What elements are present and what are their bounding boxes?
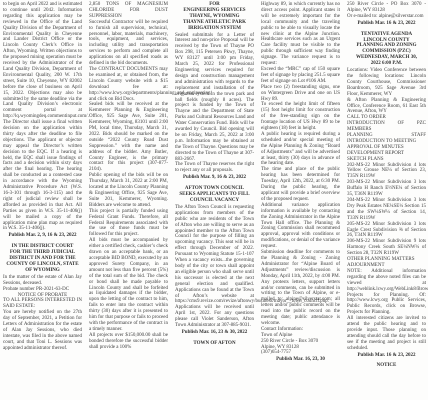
- notice-paragraph: In the matter of the estate of Alan Jay …: [3, 275, 82, 287]
- notice-paragraph: INTRODUCTION OF PZC MEMBERS: [347, 121, 426, 133]
- notice-paragraph: TO ALL PERSONS INTERESTED IN SAID ESTATE…: [3, 298, 82, 310]
- notice-paragraph: You are hereby notified on the 27th day …: [3, 310, 82, 351]
- notice-paragraph: to begin on April 2022 and is estimated …: [3, 2, 82, 232]
- publish-line: Publish Mar. 16 & 23, 2022: [347, 353, 426, 359]
- notice-paragraph: Exceed the “MRC” cap of 150 square feet …: [261, 67, 340, 85]
- newspaper-page: to begin on April 2022 and is estimated …: [0, 0, 428, 400]
- notice-paragraph: Submission deadline for comments to the …: [261, 250, 340, 327]
- notice-paragraph: Additional variance application informat…: [261, 203, 340, 250]
- newspaper-column-1: to begin on April 2022 and is estimated …: [3, 2, 82, 370]
- notice-paragraph: The Afton Town Council is requesting app…: [175, 205, 254, 305]
- notice-paragraph: 250 River Circle - PO Box 3070 - Alpine,…: [347, 2, 426, 14]
- notice-paragraph: 2,850 TONS OF MAGNESIUM CHLORIDE FOR DUS…: [89, 2, 168, 20]
- notice-heading: TENTATIVE AGENDA LINCOLN COUNTY PLANNING…: [347, 32, 426, 67]
- publish-line: Publish Mar. 16 & 23, 2022: [347, 21, 426, 27]
- publish-line: Publish Mar. 9, 16 & 23, 2022: [175, 175, 254, 181]
- notice-heading: NOTICE: [347, 363, 426, 369]
- newspaper-column-2: 2,850 TONS OF MAGNESIUM CHLORIDE FOR DUS…: [89, 2, 168, 370]
- notice-paragraph: Locations: Video Conference between the …: [347, 68, 426, 98]
- notice-paragraph: Successful Contractor will be required t…: [89, 20, 168, 67]
- notice-paragraph: PLANNING STAFF INTRODUCTION TO MEETING: [347, 133, 426, 145]
- notice-paragraph: All interested citizens are invited to a…: [347, 316, 426, 351]
- notice-paragraph: Highway 89, in which currently has no di…: [261, 2, 340, 67]
- notice-paragraph: & Afton Planning & Engineering Office, C…: [347, 98, 426, 116]
- notice-paragraph: This project is partially funded using F…: [89, 209, 168, 239]
- notice-paragraph: Or e-mailed to: alpine@silverstar.com: [347, 14, 426, 20]
- notice-heading: FOR ENGINEERING SERVICES THAYNE, WYOMING…: [175, 2, 254, 32]
- notice-paragraph: Sealed bids will be received at the Kemm…: [89, 102, 168, 173]
- notice-paragraph: (307)654-7757: [261, 350, 340, 356]
- notice-heading: AFTON TOWN COUNCIL SEEKS APPLICANTS TO F…: [175, 186, 254, 204]
- notice-paragraph: Applications will be received until Apri…: [175, 305, 254, 329]
- notice-columns: to begin on April 2022 and is estimated …: [0, 0, 428, 370]
- notice-paragraph: 203-MS-22 Minor Subdivision 3 lots Buffa…: [347, 180, 426, 198]
- notice-paragraph: All projects over $150,000.00 shall be b…: [89, 333, 168, 351]
- notice-paragraph: Sealed submittals for a Letter of Intere…: [175, 33, 254, 163]
- notice-paragraph: To exceed the height limit of fifteen (1…: [261, 102, 340, 132]
- notice-paragraph: NOTE: Additional information regarding t…: [347, 269, 426, 316]
- notice-paragraph: The time and place of the public hearing…: [261, 167, 340, 202]
- notice-paragraph: A public hearing is required during a sc…: [261, 132, 340, 167]
- notice-paragraph: 202-MS-22 Minor Subdivision 4 lots Yello…: [347, 163, 426, 181]
- notice-paragraph: 206-MS-22 Minor Subdivision 9 lots Harmo…: [347, 239, 426, 257]
- newspaper-column-4: Highway 89, in which currently has no di…: [261, 2, 340, 370]
- notice-paragraph: Public opening of the bids will be on Th…: [89, 173, 168, 208]
- publish-line: Publish Mar. 16, 23, 30: [261, 357, 340, 363]
- notice-heading: IN THE DISTRICT COURT FOR THE THIRD JUDI…: [3, 244, 82, 274]
- notice-paragraph: The CONTRACT DOCUMENTS may be examined a…: [89, 67, 168, 102]
- notice-paragraph: 204-MS-22 Minor Subdivision 3 lots Dry P…: [347, 198, 426, 222]
- notice-heading: TOWN OF AFTON: [175, 341, 254, 347]
- publish-line: Publish Mar. 2, 9, 16 & 23, 2022: [3, 233, 82, 239]
- notice-paragraph: All bids must be accompanied by either a…: [89, 238, 168, 333]
- newspaper-column-3: FOR ENGINEERING SERVICES THAYNE, WYOMING…: [175, 2, 254, 370]
- newspaper-column-5: 250 River Circle - PO Box 3070 - Alpine,…: [347, 2, 426, 370]
- notice-paragraph: 205-MS-22 Minor Subdivision 3 lots Eagle…: [347, 222, 426, 240]
- publish-line: Publish Mar. 16, 23 & 30, 2022: [175, 330, 254, 336]
- notice-paragraph: Place two (2) freestanding signs, one on…: [261, 85, 340, 103]
- notice-paragraph: The Town of Thayne reserves the right to…: [175, 162, 254, 174]
